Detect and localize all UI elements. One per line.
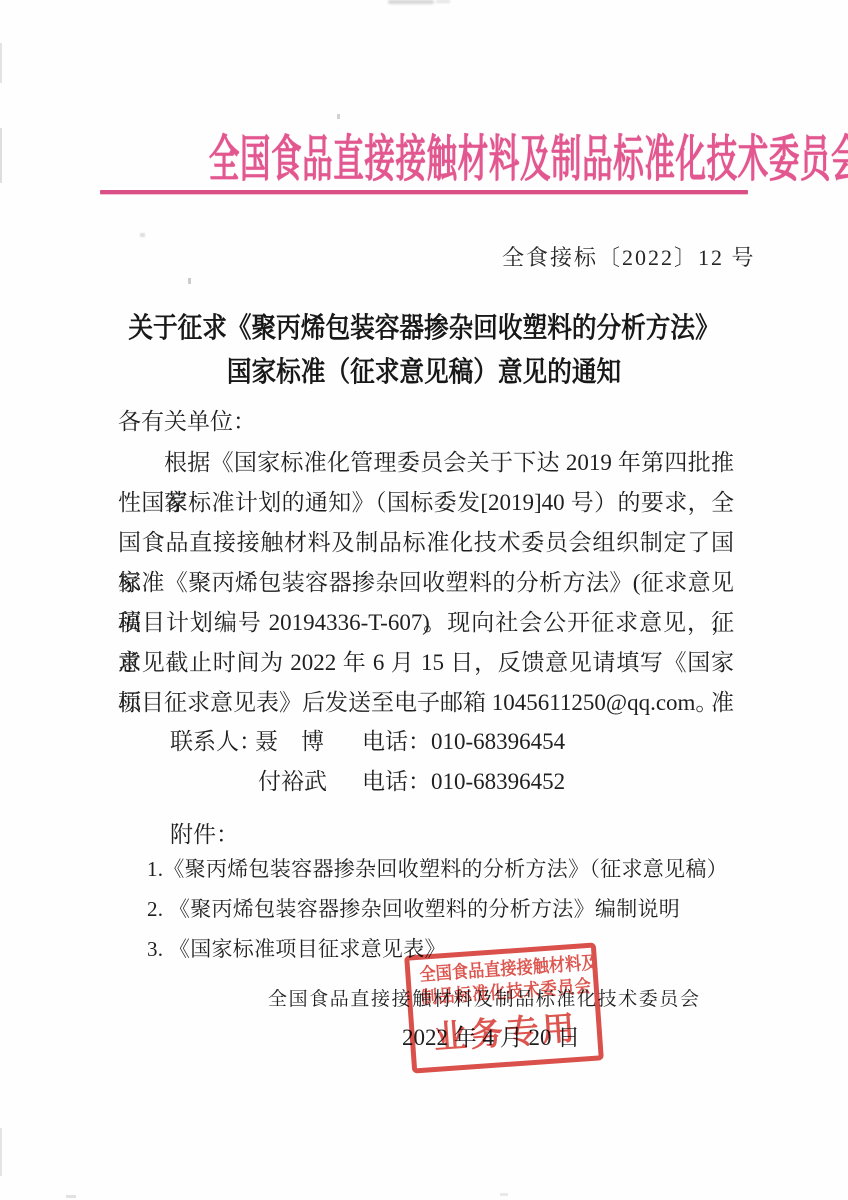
scan-edge-mark [0, 1128, 2, 1176]
scan-smudge [388, 0, 434, 4]
body-line: 项目计划编号 20194336-T-607。现向社会公开征求意见，征求 [118, 603, 734, 643]
scan-speck [188, 278, 191, 284]
scan-speck [140, 233, 145, 237]
body-line: 意见截止时间为 2022 年 6 月 15 日，反馈意见请填写《国家标准 [118, 643, 734, 683]
official-stamp: 全国食品直接接触材料及 制品标准化技术委员会 业务专用 [404, 942, 604, 1073]
body-line: 性国家标准计划的通知》（国标委发[2019]40 号）的要求，全 [118, 483, 734, 523]
body-line: 项目征求意见表》后发送至电子邮箱 1045611250@qq.com。 [118, 683, 734, 723]
scan-smudge [436, 0, 450, 3]
stamp-line3: 业务专用 [414, 1010, 598, 1059]
contact-label: 联系人： [170, 723, 262, 756]
letterhead-underline [100, 190, 748, 194]
contact-phone-1: 电话：010-68396454 [362, 723, 565, 756]
body-line: 国食品直接接触材料及制品标准化技术委员会组织制定了国家 [118, 523, 734, 563]
scan-speck [500, 1193, 508, 1196]
notice-title-line2-text: 国家标准（征求意见稿）意见的通知 [227, 350, 621, 390]
attachments-label: 附件： [170, 816, 239, 849]
letterhead-org-name: 全国食品直接接触材料及制品标准化技术委员会 [209, 128, 848, 190]
doc-number: 全食接标〔2022〕12 号 [502, 241, 756, 272]
attachment-item-1: 1.《聚丙烯包装容器掺杂回收塑料的分析方法》（征求意见稿） [147, 853, 728, 883]
scan-edge-mark [0, 43, 2, 83]
notice-title-line1-text: 关于征求《聚丙烯包装容器掺杂回收塑料的分析方法》 [128, 306, 719, 346]
contact-name-2: 付裕武 [258, 763, 327, 796]
document-page: 全国食品直接接触材料及制品标准化技术委员会 全食接标〔2022〕12 号 关于征… [0, 0, 848, 1200]
letterhead: 全国食品直接接触材料及制品标准化技术委员会 [0, 128, 848, 190]
body-line: 标准《聚丙烯包装容器掺杂回收塑料的分析方法》(征求意见稿)， [118, 563, 734, 603]
notice-title-line2: 国家标准（征求意见稿）意见的通知 [0, 350, 848, 390]
body-line: 根据《国家标准化管理委员会关于下达 2019 年第四批推荐 [118, 443, 734, 483]
scan-speck [66, 1195, 76, 1198]
body-paragraph: 根据《国家标准化管理委员会关于下达 2019 年第四批推荐 性国家标准计划的通知… [118, 443, 734, 723]
notice-title-line1: 关于征求《聚丙烯包装容器掺杂回收塑料的分析方法》 [0, 306, 848, 346]
attachment-item-3: 3. 《国家标准项目征求意见表》 [147, 933, 446, 963]
scan-speck [337, 114, 340, 119]
contact-name-1: 聂 博 [255, 723, 324, 756]
salutation: 各有关单位： [118, 403, 256, 436]
contact-phone-2: 电话：010-68396452 [362, 763, 565, 796]
attachment-item-2: 2. 《聚丙烯包装容器掺杂回收塑料的分析方法》编制说明 [147, 893, 680, 923]
